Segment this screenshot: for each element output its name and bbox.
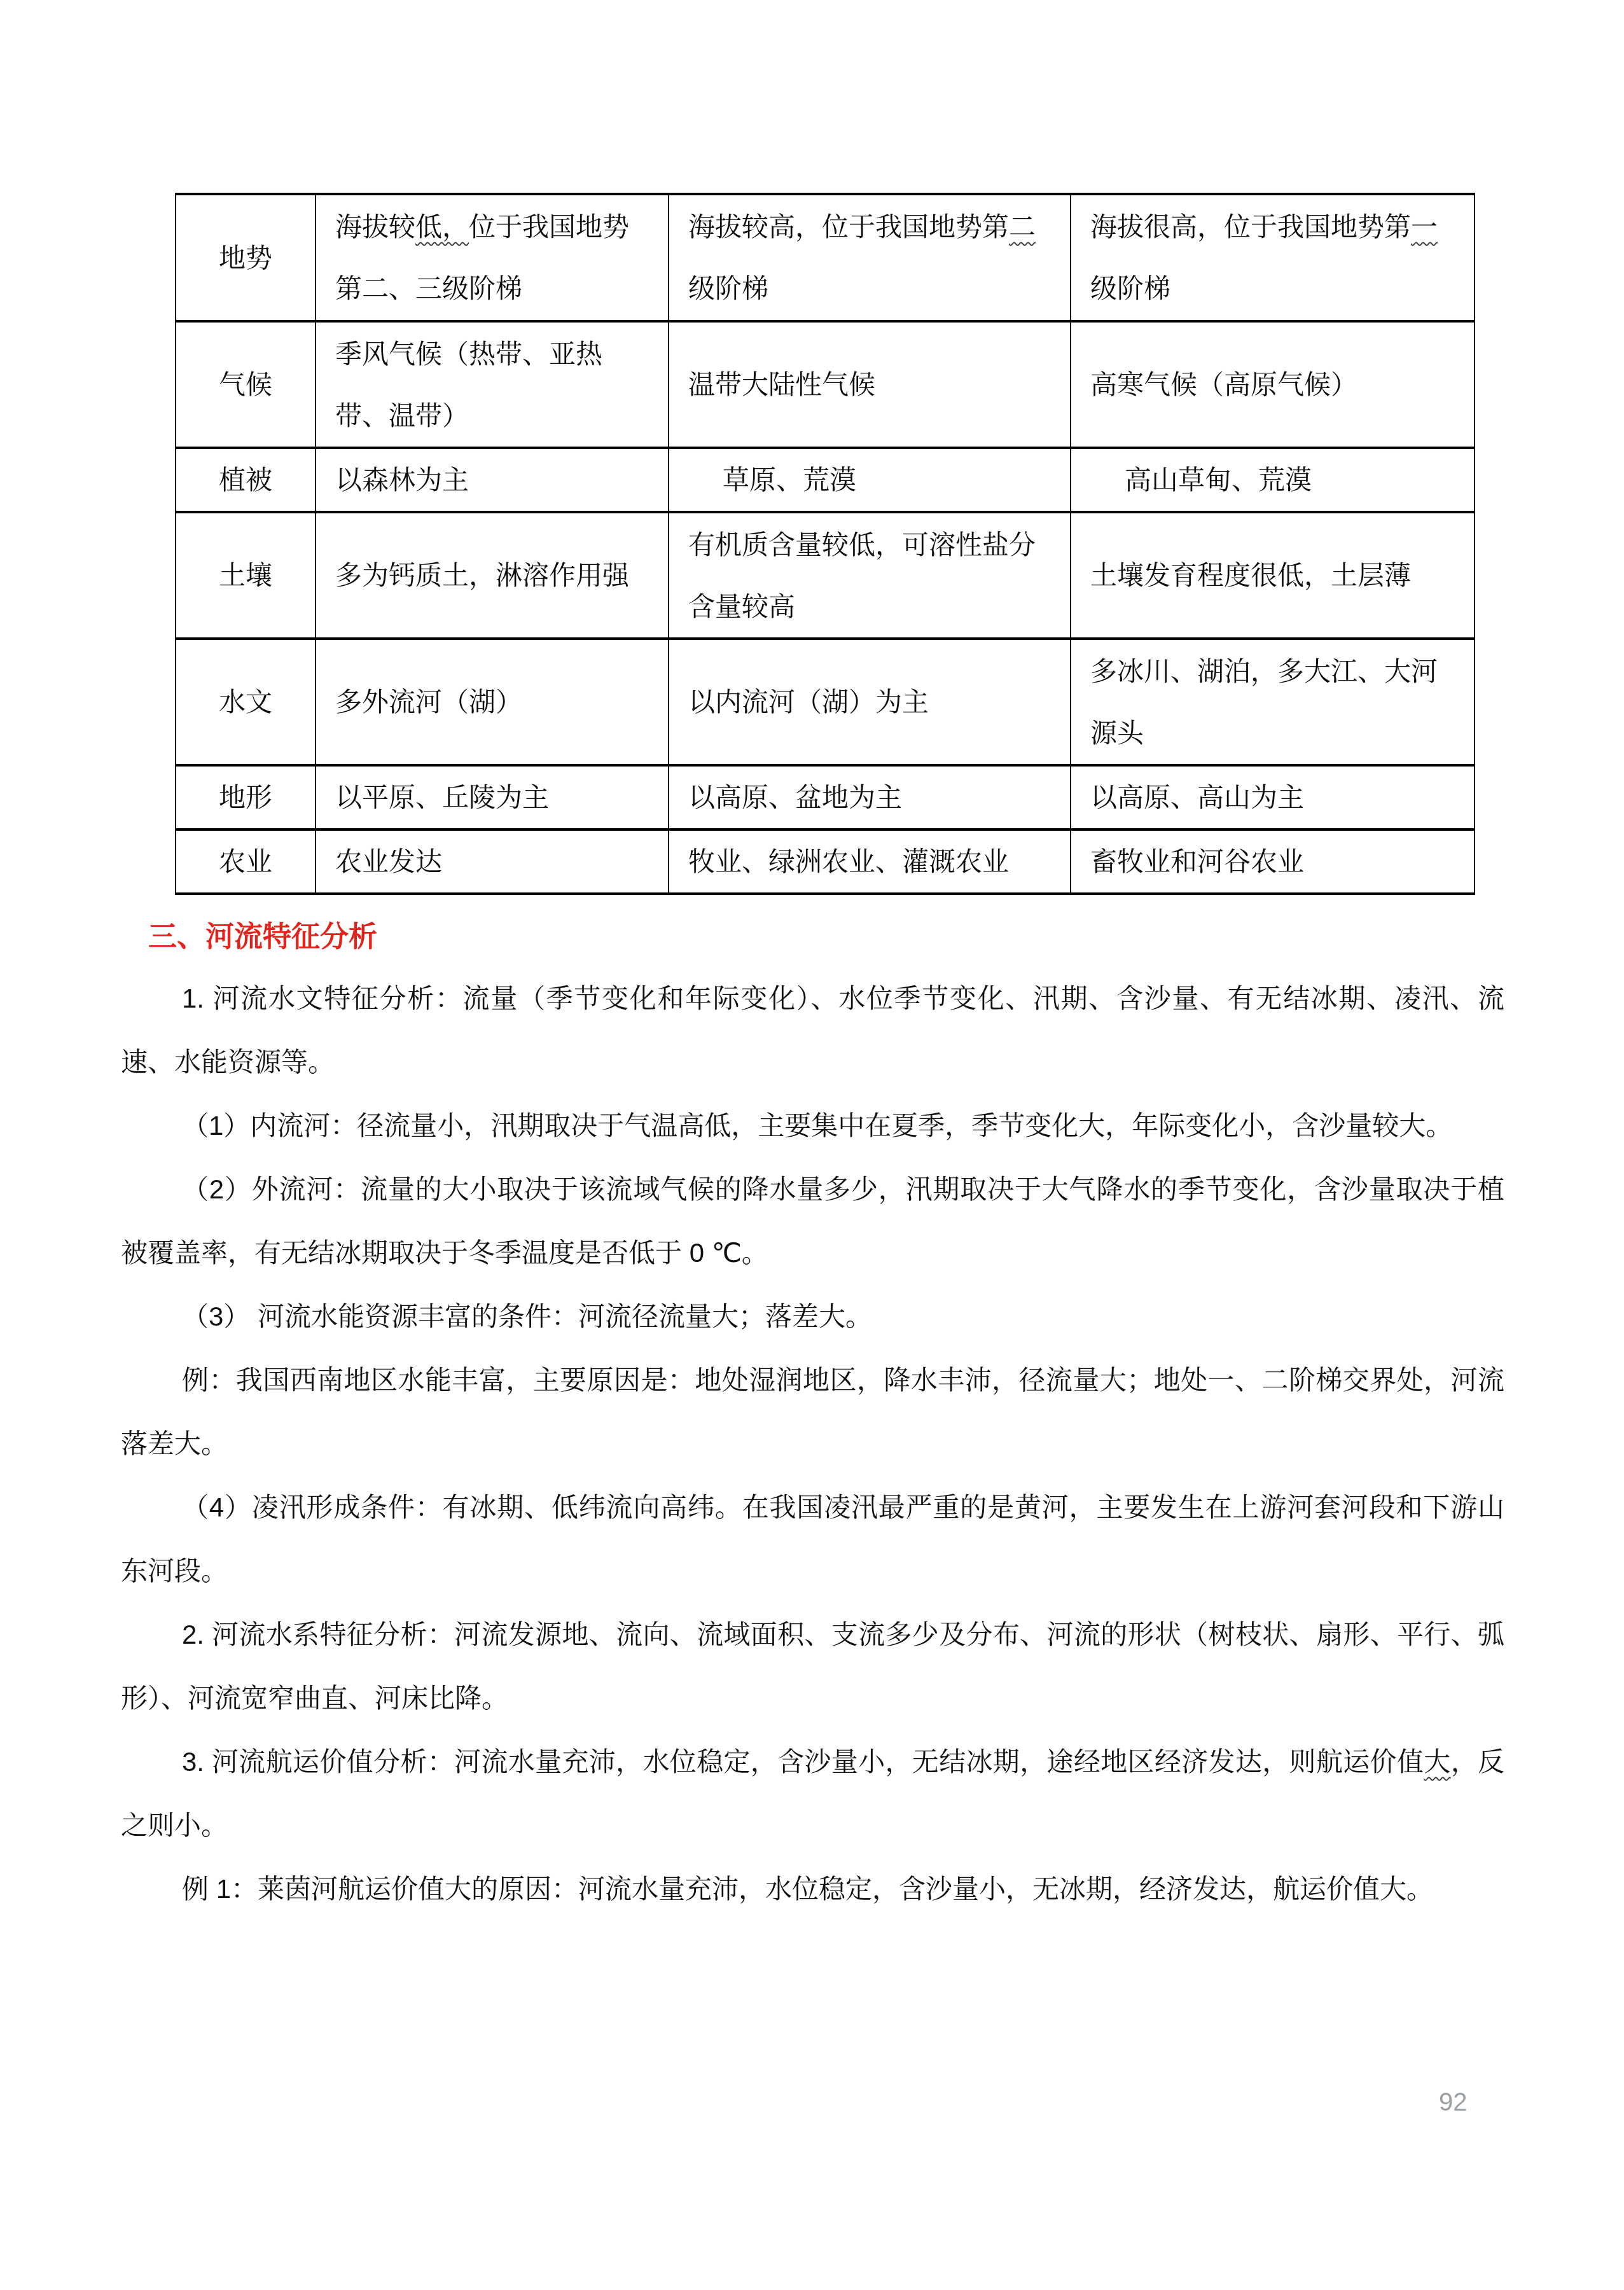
row-label-soil: 土壤 bbox=[176, 512, 316, 639]
cell-soil-east: 多为钙质土，淋溶作用强 bbox=[316, 512, 669, 639]
row-label-climate: 气候 bbox=[176, 321, 316, 448]
table-row-terrain: 地势 海拔较低，位于我国地势第二、三级阶梯 海拔较高，位于我国地势第二级阶梯 海… bbox=[176, 194, 1475, 321]
cell-hydrology-east: 多外流河（湖） bbox=[316, 639, 669, 765]
text-segment: 级阶梯 bbox=[688, 274, 768, 303]
section-river-features: 三、河流特征分析 1. 河流水文特征分析：流量（季节变化和年际变化）、水位季节变… bbox=[121, 917, 1504, 1921]
paragraph-inland-rivers: （1）内流河：径流量小，汛期取决于气温高低，主要集中在夏季，季节变化大，年际变化… bbox=[121, 1094, 1504, 1158]
row-label-terrain: 地势 bbox=[176, 194, 316, 321]
cell-soil-northwest: 有机质含量较低，可溶性盐分含量较高 bbox=[669, 512, 1071, 639]
cell-climate-tibet: 高寒气候（高原气候） bbox=[1071, 321, 1475, 448]
wavy-underlined-text: 二 bbox=[1009, 212, 1036, 242]
row-label-agriculture: 农业 bbox=[176, 829, 316, 894]
text-segment: 海拔很高，位于我国地势第 bbox=[1090, 212, 1411, 242]
page-number: 92 bbox=[1439, 2088, 1468, 2117]
cell-vegetation-tibet: 高山草甸、荒漠 bbox=[1071, 448, 1475, 512]
cell-hydrology-northwest: 以内流河（湖）为主 bbox=[669, 639, 1071, 765]
table-row-soil: 土壤 多为钙质土，淋溶作用强 有机质含量较低，可溶性盐分含量较高 土壤发育程度很… bbox=[176, 512, 1475, 639]
cell-vegetation-northwest: 草原、荒漠 bbox=[669, 448, 1071, 512]
cell-climate-east: 季风气候（热带、亚热带、温带） bbox=[316, 321, 669, 448]
wavy-underlined-text: 一 bbox=[1411, 212, 1438, 242]
paragraph-southwest-example: 例：我国西南地区水能丰富，主要原因是：地处湿润地区，降水丰沛，径流量大；地处一、… bbox=[121, 1349, 1504, 1476]
text-segment: 3. 河流航运价值分析：河流水量充沛，水位稳定，含沙量小，无结冰期，途经地区经济… bbox=[182, 1747, 1424, 1777]
paragraph-hydropower-conditions: （3） 河流水能资源丰富的条件：河流径流量大；落差大。 bbox=[121, 1285, 1504, 1349]
paragraph-drainage-features: 2. 河流水系特征分析：河流发源地、流向、流域面积、支流多少及分布、河流的形状（… bbox=[121, 1603, 1504, 1730]
text-segment: 海拔较高，位于我国地势第 bbox=[688, 212, 1009, 242]
cell-agriculture-northwest: 牧业、绿洲农业、灌溉农业 bbox=[669, 829, 1071, 894]
table-row-landform: 地形 以平原、丘陵为主 以高原、盆地为主 以高原、高山为主 bbox=[176, 765, 1475, 829]
row-label-landform: 地形 bbox=[176, 765, 316, 829]
row-label-hydrology: 水文 bbox=[176, 639, 316, 765]
table-row-agriculture: 农业 农业发达 牧业、绿洲农业、灌溉农业 畜牧业和河谷农业 bbox=[176, 829, 1475, 894]
paragraph-rhine-example: 例 1：莱茵河航运价值大的原因：河流水量充沛，水位稳定，含沙量小，无冰期，经济发… bbox=[121, 1857, 1504, 1921]
cell-agriculture-east: 农业发达 bbox=[316, 829, 669, 894]
cell-agriculture-tibet: 畜牧业和河谷农业 bbox=[1071, 829, 1475, 894]
cell-landform-east: 以平原、丘陵为主 bbox=[316, 765, 669, 829]
cell-soil-tibet: 土壤发育程度很低，土层薄 bbox=[1071, 512, 1475, 639]
wavy-underlined-text: 大 bbox=[1424, 1747, 1450, 1777]
cell-landform-northwest: 以高原、盆地为主 bbox=[669, 765, 1071, 829]
table-row-vegetation: 植被 以森林为主 草原、荒漠 高山草甸、荒漠 bbox=[176, 448, 1475, 512]
wavy-underlined-text: 低， bbox=[415, 212, 469, 242]
paragraph-navigation-value: 3. 河流航运价值分析：河流水量充沛，水位稳定，含沙量小，无结冰期，途经地区经济… bbox=[121, 1730, 1504, 1857]
cell-terrain-east: 海拔较低，位于我国地势第二、三级阶梯 bbox=[316, 194, 669, 321]
cell-hydrology-tibet: 多冰川、湖泊，多大江、大河源头 bbox=[1071, 639, 1475, 765]
region-comparison-table: 地势 海拔较低，位于我国地势第二、三级阶梯 海拔较高，位于我国地势第二级阶梯 海… bbox=[175, 193, 1475, 895]
paragraph-exorheic-rivers: （2）外流河：流量的大小取决于该流域气候的降水量多少，汛期取决于大气降水的季节变… bbox=[121, 1158, 1504, 1285]
cell-vegetation-east: 以森林为主 bbox=[316, 448, 669, 512]
document-page: 地势 海拔较低，位于我国地势第二、三级阶梯 海拔较高，位于我国地势第二级阶梯 海… bbox=[0, 0, 1624, 2290]
text-segment: 海拔较 bbox=[335, 212, 415, 242]
section-heading: 三、河流特征分析 bbox=[148, 917, 1504, 957]
table-row-climate: 气候 季风气候（热带、亚热带、温带） 温带大陆性气候 高寒气候（高原气候） bbox=[176, 321, 1475, 448]
row-label-vegetation: 植被 bbox=[176, 448, 316, 512]
cell-landform-tibet: 以高原、高山为主 bbox=[1071, 765, 1475, 829]
text-segment: 级阶梯 bbox=[1090, 274, 1170, 303]
cell-terrain-northwest: 海拔较高，位于我国地势第二级阶梯 bbox=[669, 194, 1071, 321]
cell-terrain-tibet: 海拔很高，位于我国地势第一级阶梯 bbox=[1071, 194, 1475, 321]
cell-climate-northwest: 温带大陆性气候 bbox=[669, 321, 1071, 448]
paragraph-hydrologic-features: 1. 河流水文特征分析：流量（季节变化和年际变化）、水位季节变化、汛期、含沙量、… bbox=[121, 967, 1504, 1094]
paragraph-ice-flood: （4）凌汛形成条件：有冰期、低纬流向高纬。在我国凌汛最严重的是黄河，主要发生在上… bbox=[121, 1476, 1504, 1603]
table-row-hydrology: 水文 多外流河（湖） 以内流河（湖）为主 多冰川、湖泊，多大江、大河源头 bbox=[176, 639, 1475, 765]
